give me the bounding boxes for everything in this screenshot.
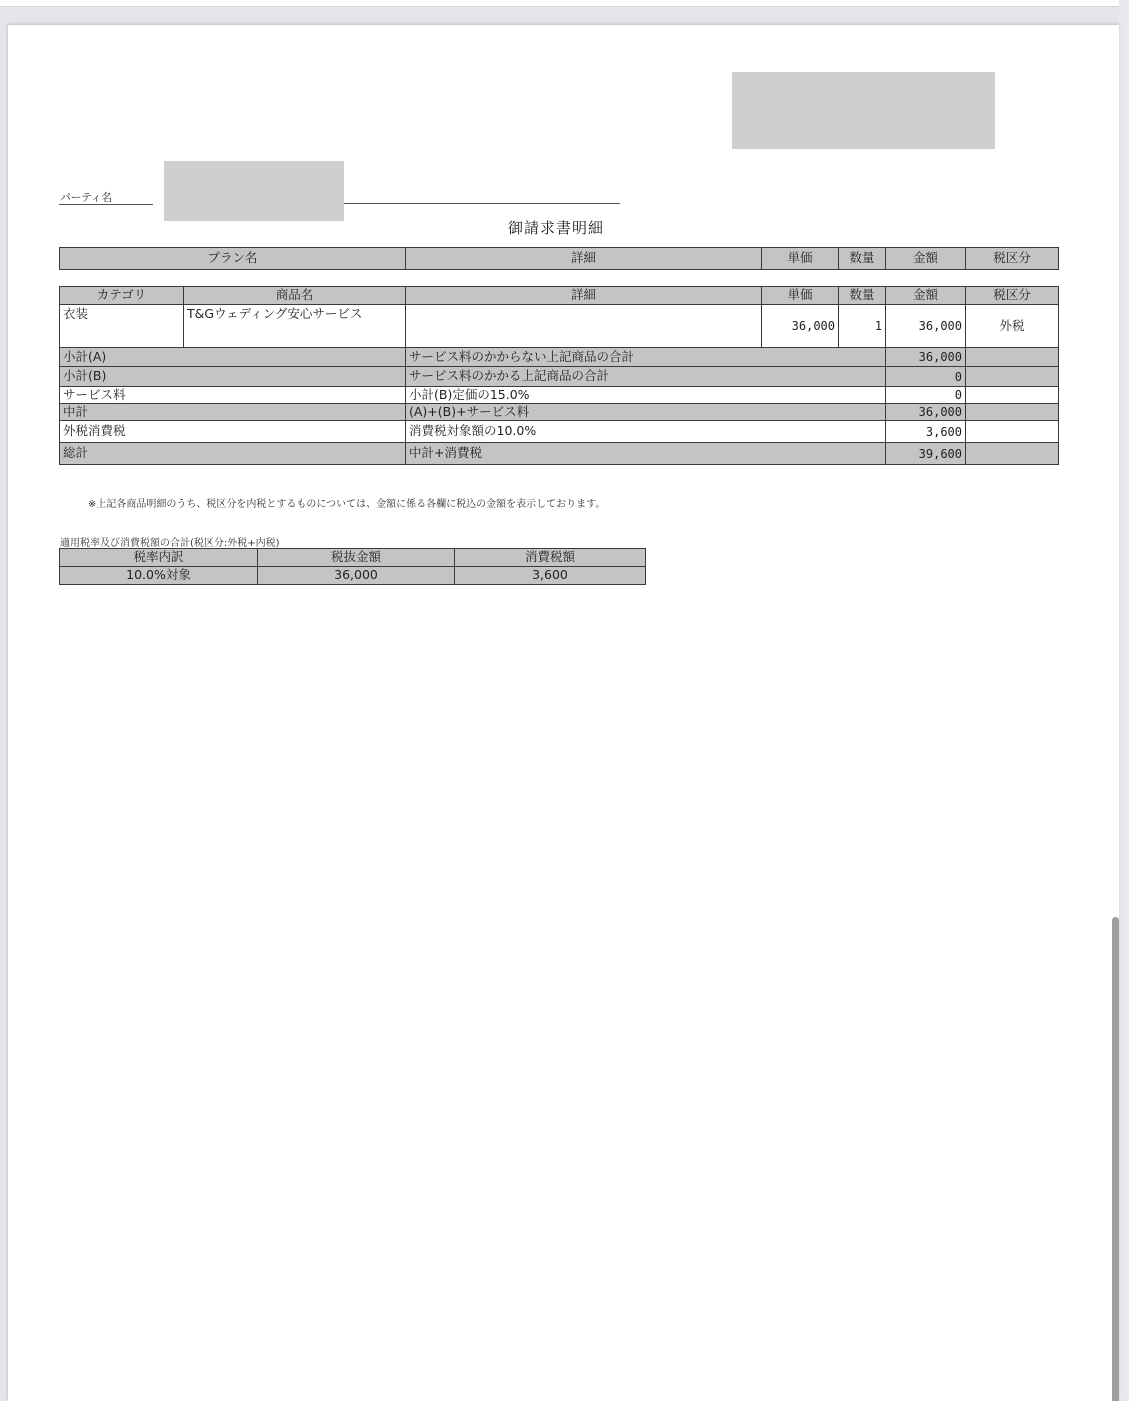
- summary-row-midtotal: 中計 (A)+(B)+サービス料 36,000: [60, 404, 1059, 421]
- scroll-track: [1119, 0, 1129, 1401]
- items-header-detail: 詳細: [406, 287, 762, 305]
- tax-header-tax: 消費税額: [455, 549, 646, 567]
- summary-amount: 36,000: [886, 404, 966, 421]
- vertical-scrollbar-thumb[interactable]: [1112, 917, 1119, 1401]
- party-name-underline: [59, 204, 153, 205]
- plan-header-tax-type: 税区分: [966, 248, 1059, 270]
- plan-header-plan-name: プラン名: [60, 248, 406, 270]
- summary-amount: 0: [886, 387, 966, 404]
- summary-amount: 36,000: [886, 348, 966, 367]
- summary-label: 外税消費税: [60, 421, 406, 443]
- plan-table: プラン名 詳細 単価 数量 金額 税区分: [59, 247, 1059, 270]
- summary-row-consumption-tax: 外税消費税 消費税対象額の10.0% 3,600: [60, 421, 1059, 443]
- summary-row-subtotal-a: 小計(A) サービス料のかからない上記商品の合計 36,000: [60, 348, 1059, 367]
- summary-description: 小計(B)定価の15.0%: [406, 387, 886, 404]
- redacted-party-name: [164, 161, 344, 221]
- items-header-category: カテゴリ: [60, 287, 184, 305]
- plan-header-detail: 詳細: [406, 248, 762, 270]
- summary-label: 総計: [60, 443, 406, 465]
- summary-label: サービス料: [60, 387, 406, 404]
- summary-amount: 39,600: [886, 443, 966, 465]
- items-header-unit-price: 単価: [762, 287, 839, 305]
- summary-description: 中計+消費税: [406, 443, 886, 465]
- item-unit-price: 36,000: [762, 305, 839, 348]
- summary-blank: [966, 367, 1059, 387]
- tax-summary-header-row: 税率内訳 税抜金額 消費税額: [60, 549, 646, 567]
- tax-header-rate: 税率内訳: [60, 549, 258, 567]
- summary-description: サービス料のかかる上記商品の合計: [406, 367, 886, 387]
- summary-label: 小計(A): [60, 348, 406, 367]
- redacted-block-header: [732, 72, 995, 149]
- item-category: 衣装: [60, 305, 184, 348]
- items-header-tax-type: 税区分: [966, 287, 1059, 305]
- document-title: 御請求書明細: [508, 217, 604, 238]
- summary-blank: [966, 404, 1059, 421]
- summary-label: 中計: [60, 404, 406, 421]
- plan-header-unit-price: 単価: [762, 248, 839, 270]
- party-name-label: パーティ名: [60, 189, 112, 205]
- table-row: 10.0%対象 36,000 3,600: [60, 567, 646, 585]
- items-header-amount: 金額: [886, 287, 966, 305]
- tax-taxable-amount: 36,000: [258, 567, 455, 585]
- item-quantity: 1: [839, 305, 886, 348]
- item-product-name: T&Gウェディング安心サービス: [184, 305, 406, 348]
- tax-summary-table: 税率内訳 税抜金額 消費税額 10.0%対象 36,000 3,600: [59, 548, 646, 585]
- items-header-product: 商品名: [184, 287, 406, 305]
- summary-blank: [966, 443, 1059, 465]
- tax-rate: 10.0%対象: [60, 567, 258, 585]
- summary-row-subtotal-b: 小計(B) サービス料のかかる上記商品の合計 0: [60, 367, 1059, 387]
- summary-amount: 3,600: [886, 421, 966, 443]
- tax-amount: 3,600: [455, 567, 646, 585]
- item-detail: [406, 305, 762, 348]
- plan-header-amount: 金額: [886, 248, 966, 270]
- summary-label: 小計(B): [60, 367, 406, 387]
- items-header-row: カテゴリ 商品名 詳細 単価 数量 金額 税区分: [60, 287, 1059, 305]
- items-header-quantity: 数量: [839, 287, 886, 305]
- summary-blank: [966, 387, 1059, 404]
- summary-description: (A)+(B)+サービス料: [406, 404, 886, 421]
- plan-header-quantity: 数量: [839, 248, 886, 270]
- summary-row-service-fee: サービス料 小計(B)定価の15.0% 0: [60, 387, 1059, 404]
- summary-blank: [966, 348, 1059, 367]
- summary-amount: 0: [886, 367, 966, 387]
- tax-note: ※上記各商品明細のうち、税区分を内税とするものについては、金額に係る各欄に税込の…: [88, 495, 605, 510]
- summary-row-grand-total: 総計 中計+消費税 39,600: [60, 443, 1059, 465]
- party-name-underline-right: [344, 203, 620, 204]
- items-table: カテゴリ 商品名 詳細 単価 数量 金額 税区分 衣装 T&Gウェディング安心サ…: [59, 286, 1059, 465]
- summary-blank: [966, 421, 1059, 443]
- previous-page-edge: [0, 0, 1119, 7]
- tax-header-taxable: 税抜金額: [258, 549, 455, 567]
- summary-description: 消費税対象額の10.0%: [406, 421, 886, 443]
- item-tax-type: 外税: [966, 305, 1059, 348]
- table-row: 衣装 T&Gウェディング安心サービス 36,000 1 36,000 外税: [60, 305, 1059, 348]
- tax-summary-caption: 適用税率及び消費税額の合計(税区分:外税+内税): [60, 534, 280, 549]
- item-amount: 36,000: [886, 305, 966, 348]
- summary-description: サービス料のかからない上記商品の合計: [406, 348, 886, 367]
- plan-table-header-row: プラン名 詳細 単価 数量 金額 税区分: [60, 248, 1059, 270]
